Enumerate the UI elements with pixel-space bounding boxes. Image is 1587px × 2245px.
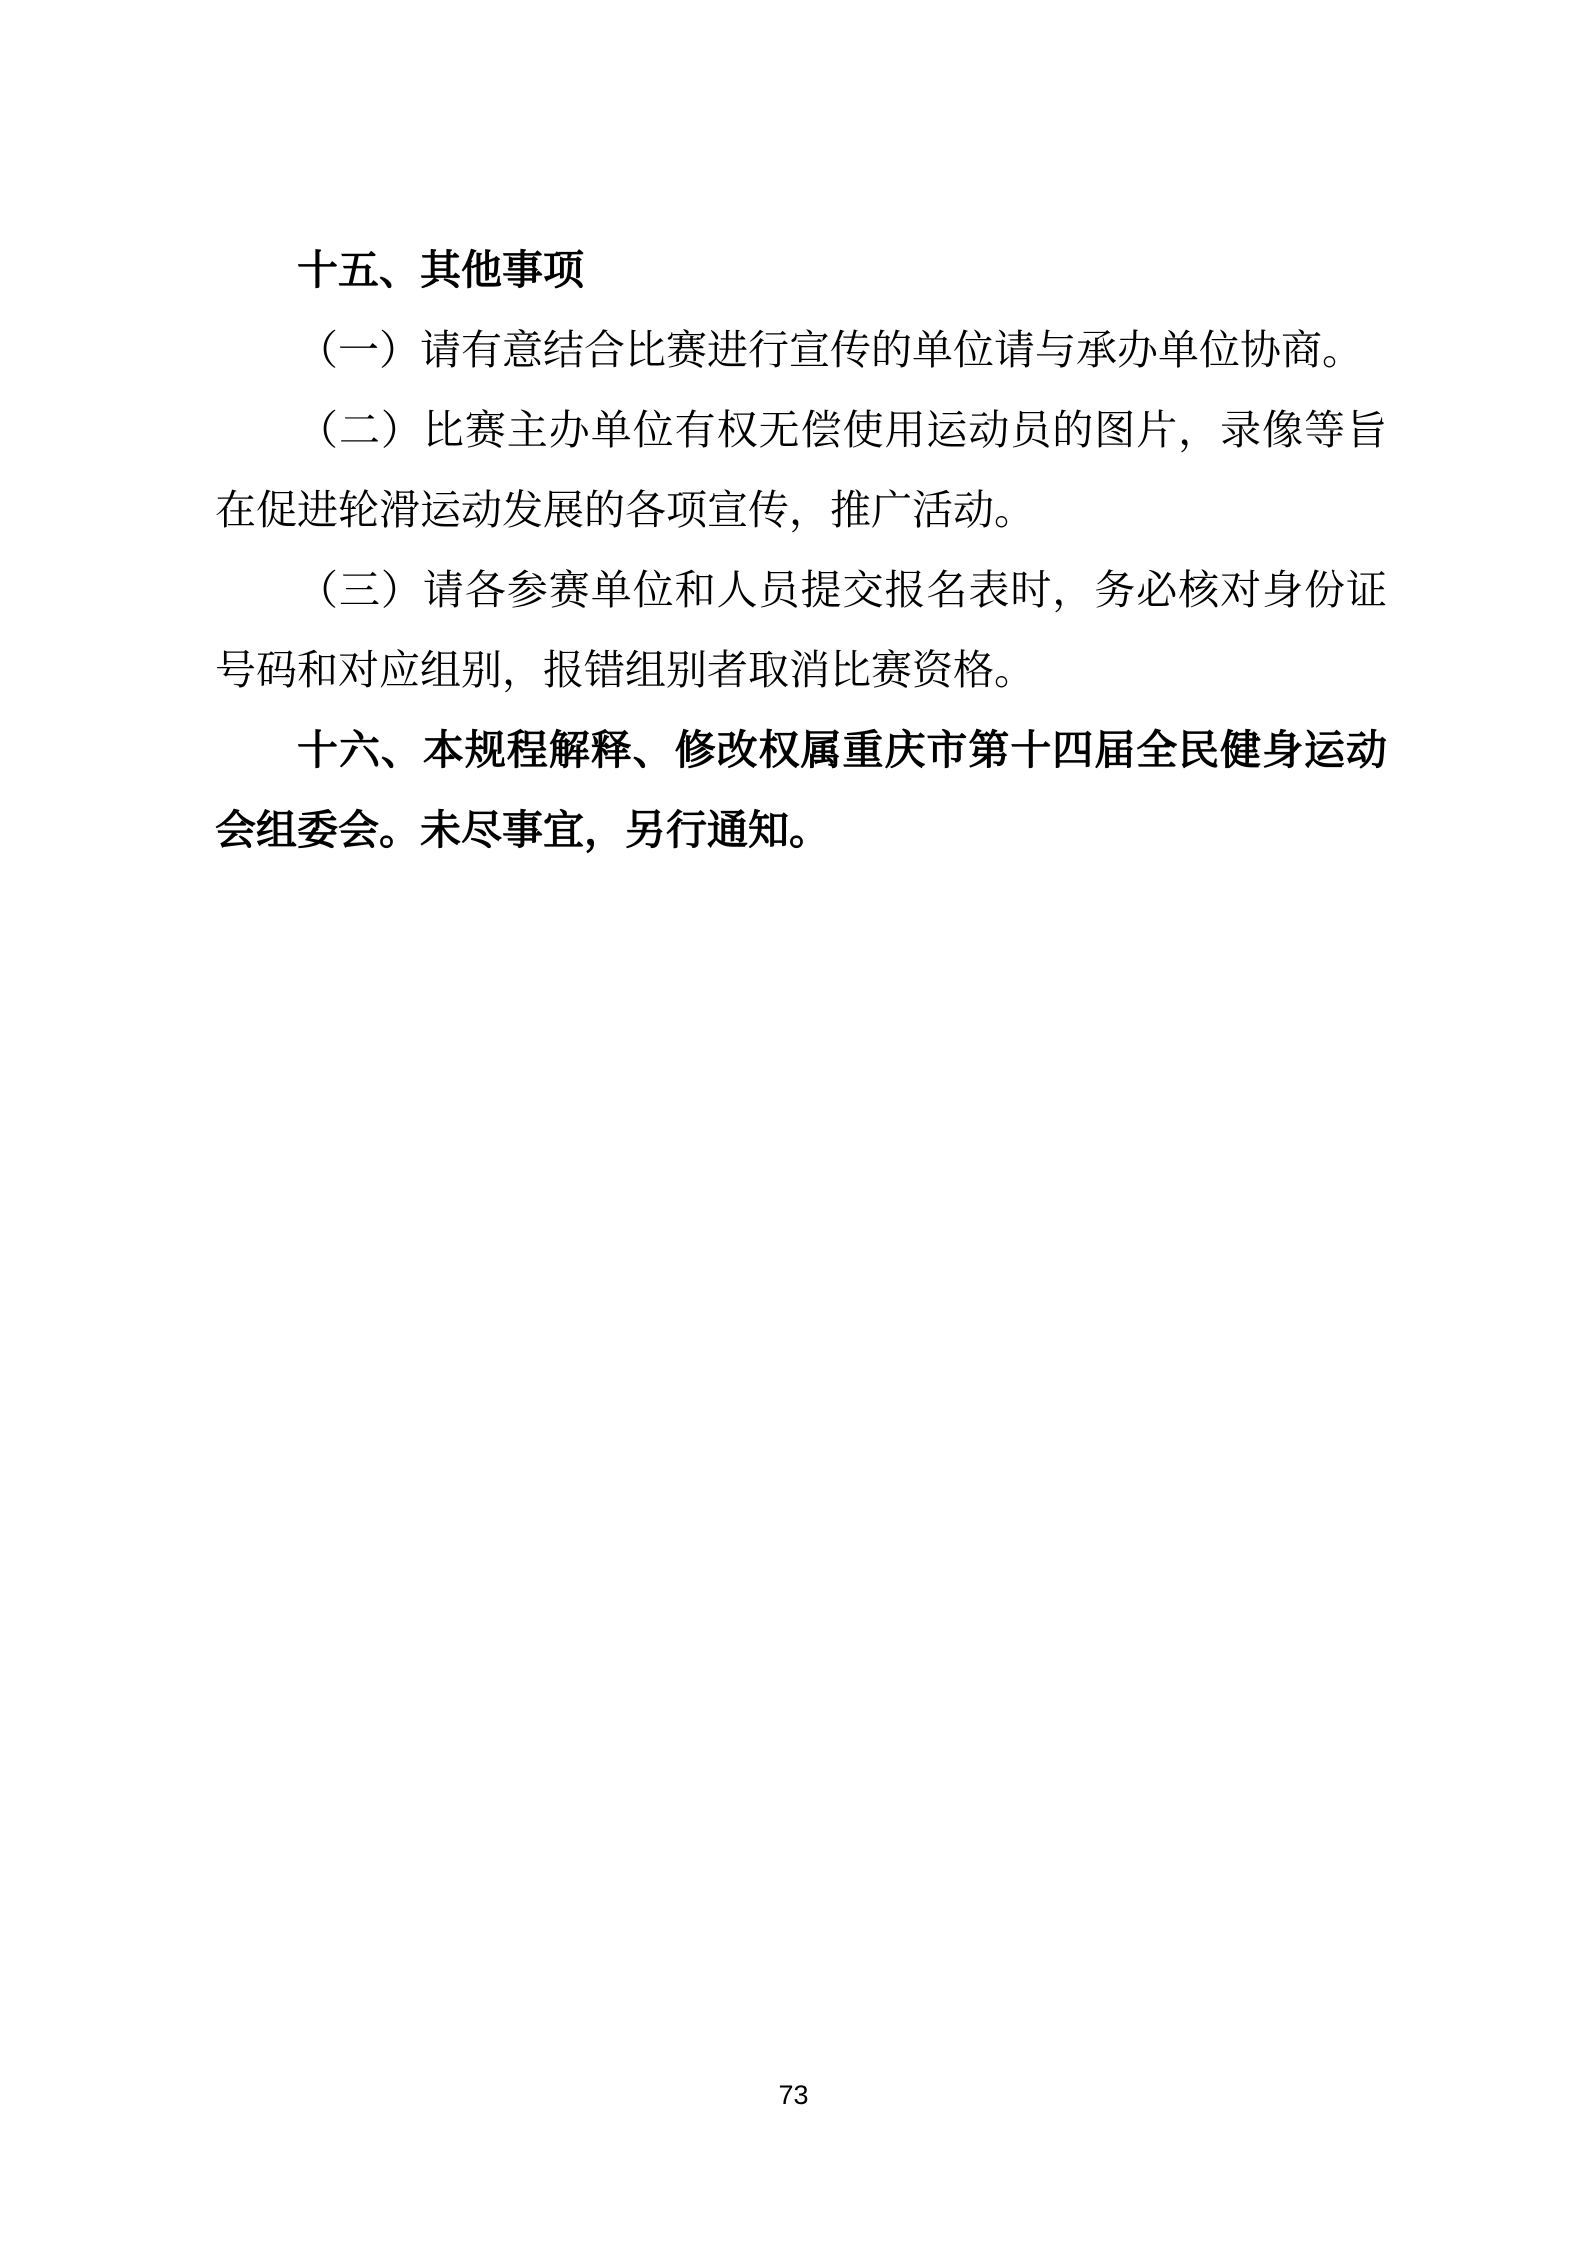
para-2-line-2: 在促进轮滑运动发展的各项宣传，推广活动。 (215, 470, 1387, 550)
document-content: 十五、其他事项 （一）请有意结合比赛进行宣传的单位请与承办单位协商。 （二）比赛… (215, 230, 1387, 870)
para-1-line-1: （一）请有意结合比赛进行宣传的单位请与承办单位协商。 (215, 310, 1387, 390)
section-16-line-2: 会组委会。未尽事宜，另行通知。 (215, 790, 1387, 870)
section-heading-15: 十五、其他事项 (215, 230, 1387, 310)
para-3-line-2: 号码和对应组别，报错组别者取消比赛资格。 (215, 630, 1387, 710)
para-3-line-1: （三）请各参赛单位和人员提交报名表时，务必核对身份证 (215, 550, 1387, 630)
section-16-line-1: 十六、本规程解释、修改权属重庆市第十四届全民健身运动 (215, 710, 1387, 790)
page-number: 73 (0, 2080, 1587, 2110)
para-2-line-1: （二）比赛主办单位有权无偿使用运动员的图片，录像等旨 (215, 390, 1387, 470)
document-page: 十五、其他事项 （一）请有意结合比赛进行宣传的单位请与承办单位协商。 （二）比赛… (0, 0, 1587, 2245)
